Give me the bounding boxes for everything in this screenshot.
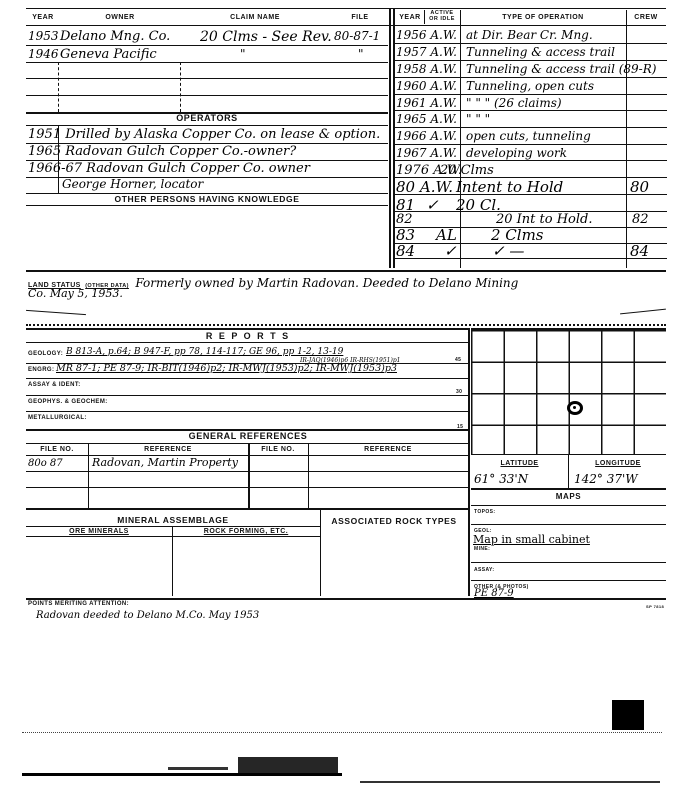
location-grid bbox=[471, 328, 666, 454]
op-row: 1956 A.W.at Dir. Bear Cr. Mng. bbox=[396, 28, 457, 42]
op-row: 8220 Int to Hold.82 bbox=[396, 212, 413, 227]
op-row-line bbox=[393, 110, 667, 111]
op-row: 1957 A.W.Tunneling & access trail bbox=[396, 45, 457, 59]
op-row-line bbox=[393, 43, 667, 44]
gr-file-no: 80o 87 bbox=[28, 458, 63, 469]
maps-row-line bbox=[471, 524, 666, 525]
gr-bottom bbox=[26, 508, 470, 510]
header-crew: CREW bbox=[626, 14, 666, 21]
page-fold-mark bbox=[26, 310, 86, 315]
geol-value: Map in small cabinet bbox=[473, 533, 590, 546]
ma-rule bbox=[26, 526, 320, 527]
op-row-line bbox=[393, 177, 667, 178]
scan-artifact-dots bbox=[22, 732, 662, 733]
header-file: FILE bbox=[340, 14, 380, 21]
op-row: 1958 A.W.Tunneling & access trail (89-R) bbox=[396, 62, 457, 76]
reports-row-line bbox=[26, 378, 470, 379]
center-divider-2 bbox=[393, 8, 395, 268]
operator-entry: 1965 Radovan Gulch Copper Co.-owner? bbox=[28, 144, 296, 159]
owner-row-line bbox=[26, 78, 388, 79]
maps-row-line bbox=[471, 580, 666, 581]
assay-label: ASSAY & IDENT: bbox=[28, 382, 81, 388]
general-references-title: GENERAL REFERENCES bbox=[26, 431, 470, 441]
assay-map-label: ASSAY: bbox=[474, 567, 494, 573]
header-rule bbox=[26, 25, 666, 26]
gr-header-file-no: FILE NO. bbox=[26, 446, 88, 453]
ma-col-divider bbox=[172, 526, 173, 596]
points-meriting-attention-label: POINTS MERITING ATTENTION: bbox=[28, 601, 129, 607]
associated-rock-types-header: ASSOCIATED ROCK TYPES bbox=[322, 516, 466, 526]
location-marker-icon bbox=[567, 401, 583, 415]
associated-col-divider bbox=[320, 508, 321, 596]
land-status-top-rule bbox=[26, 270, 666, 272]
operator-entry: George Horner, locator bbox=[62, 177, 203, 191]
owner-row-line bbox=[26, 95, 388, 96]
file-number: 80-87-1 bbox=[334, 29, 380, 43]
longitude-label: LONGITUDE bbox=[570, 460, 666, 467]
lat-long-divider bbox=[568, 454, 569, 488]
header-active-idle: ACTIVE OR IDLE bbox=[425, 10, 459, 22]
bottom-section-rule bbox=[26, 598, 666, 600]
op-row-line bbox=[393, 243, 667, 244]
op-row-line bbox=[393, 194, 667, 195]
owner-name: Delano Mng. Co. bbox=[60, 29, 170, 44]
op-row-line bbox=[393, 258, 667, 259]
metallurgical-label: METALLURGICAL: bbox=[28, 415, 87, 421]
op-row: 1960 A.W.Tunneling, open cuts bbox=[396, 79, 457, 93]
other-persons-title: OTHER PERSONS HAVING KNOWLEDGE bbox=[26, 194, 388, 204]
op-row: 1961 A.W." " " (26 claims) bbox=[396, 96, 457, 110]
op-header-divider bbox=[424, 10, 425, 24]
form-number: SP 7818 bbox=[646, 604, 664, 609]
ma-rule-2 bbox=[26, 536, 320, 537]
reports-row-line bbox=[26, 411, 470, 412]
reports-rule bbox=[26, 342, 470, 343]
other-photos-value: PE 87-9 bbox=[474, 588, 514, 599]
gr-row-line bbox=[26, 487, 470, 488]
gr-header-reference-2: REFERENCE bbox=[308, 446, 468, 453]
operators-title: OPERATORS bbox=[26, 113, 388, 123]
header-owner: OWNER bbox=[60, 14, 180, 21]
topos-label: TOPOS: bbox=[474, 509, 495, 515]
maps-rule bbox=[471, 488, 666, 490]
rock-forming-header: ROCK FORMING, ETC. bbox=[172, 528, 320, 535]
other-persons-rule bbox=[26, 205, 388, 206]
center-divider bbox=[389, 8, 391, 268]
reports-title: R E P O R T S bbox=[26, 331, 470, 341]
gr-row-line bbox=[26, 471, 470, 472]
scan-artifact-edge bbox=[22, 773, 342, 776]
engrg-label: ENGRG: bbox=[28, 367, 54, 373]
file-number: " bbox=[358, 47, 364, 61]
owner-year: 1946 bbox=[28, 47, 59, 61]
maps-rule-2 bbox=[471, 505, 666, 506]
latitude-label: LATITUDE bbox=[471, 460, 568, 467]
op-row-line bbox=[393, 144, 667, 145]
land-status-text-2: Co. May 5, 1953. bbox=[28, 287, 123, 300]
separator bbox=[26, 324, 666, 326]
claim-col-divider bbox=[180, 62, 181, 112]
reports-right-border bbox=[468, 328, 470, 596]
maps-row-line bbox=[471, 562, 666, 563]
top-border bbox=[26, 8, 666, 9]
op-row: 1976 A.W.20 Clms bbox=[396, 163, 462, 178]
owner-row-line bbox=[26, 45, 388, 46]
operator-entry: 1951 Drilled by Alaska Copper Co. on lea… bbox=[28, 127, 380, 142]
geophys-label: GEOPHYS. & GEOCHEM: bbox=[28, 399, 108, 405]
op-row-line bbox=[393, 227, 667, 228]
op-row-line bbox=[393, 160, 667, 161]
ore-minerals-header: ORE MINERALS bbox=[26, 528, 172, 535]
page-fold-mark bbox=[620, 309, 666, 315]
op-row-line bbox=[393, 211, 667, 212]
grid-lines bbox=[471, 330, 666, 454]
claim-name: " bbox=[240, 47, 246, 61]
op-row-line bbox=[393, 77, 667, 78]
op-row: 1966 A.W.open cuts, tunneling bbox=[396, 129, 457, 143]
reports-row-line bbox=[26, 395, 470, 396]
gr-reference: Radovan, Martin Property bbox=[92, 456, 238, 469]
owner-year: 1953 bbox=[28, 29, 59, 43]
scan-artifact-edge bbox=[360, 781, 660, 783]
op-type-divider bbox=[460, 10, 461, 268]
longitude-value: 142° 37'W bbox=[574, 472, 638, 486]
mine-label: MINE: bbox=[474, 546, 490, 552]
header-type-of-operation: TYPE OF OPERATION bbox=[462, 14, 624, 21]
owner-col-divider bbox=[58, 62, 59, 112]
op-row: 1967 A.W.developing work bbox=[396, 146, 457, 160]
gr-header-reference: REFERENCE bbox=[88, 446, 248, 453]
claim-name: 20 Clms - See Rev. bbox=[200, 29, 332, 45]
engrg-value: MR 87-1; PE 87-9; IR-BIT(1946)p2; IR-MWJ… bbox=[56, 363, 397, 374]
points-meriting-attention-text: Radovan deeded to Delano M.Co. May 1953 bbox=[36, 610, 259, 621]
geology-label: GEOLOGY: bbox=[28, 351, 63, 357]
op-row-line bbox=[393, 94, 667, 95]
scan-artifact-block bbox=[612, 700, 644, 730]
op-row: 1965 A.W." " " bbox=[396, 112, 457, 126]
owner-row-line bbox=[26, 62, 388, 63]
op-row-line bbox=[393, 60, 667, 61]
header-claim-name: CLAIM NAME bbox=[180, 14, 330, 21]
header-op-year: YEAR bbox=[396, 14, 424, 21]
scan-artifact-edge bbox=[168, 767, 228, 770]
operator-entry: 1966-67 Radovan Gulch Copper Co. owner bbox=[28, 161, 310, 176]
maps-title: MAPS bbox=[471, 492, 666, 501]
latitude-value: 61° 33'N bbox=[474, 472, 528, 486]
header-year: YEAR bbox=[28, 14, 58, 21]
gr-header-file-no-2: FILE NO. bbox=[248, 446, 308, 453]
operators-rule bbox=[26, 125, 388, 126]
land-status-text: Formerly owned by Martin Radovan. Deeded… bbox=[135, 276, 518, 290]
op-row-line bbox=[393, 127, 667, 128]
mineral-assemblage-title: MINERAL ASSEMBLAGE bbox=[26, 515, 320, 525]
geology-value: B 813-A, p.64; B 947-F, pp 78, 114-117; … bbox=[66, 347, 343, 357]
op-crew-divider bbox=[626, 10, 627, 268]
owner-name: Geneva Pacific bbox=[60, 47, 157, 62]
reports-top bbox=[26, 328, 470, 330]
